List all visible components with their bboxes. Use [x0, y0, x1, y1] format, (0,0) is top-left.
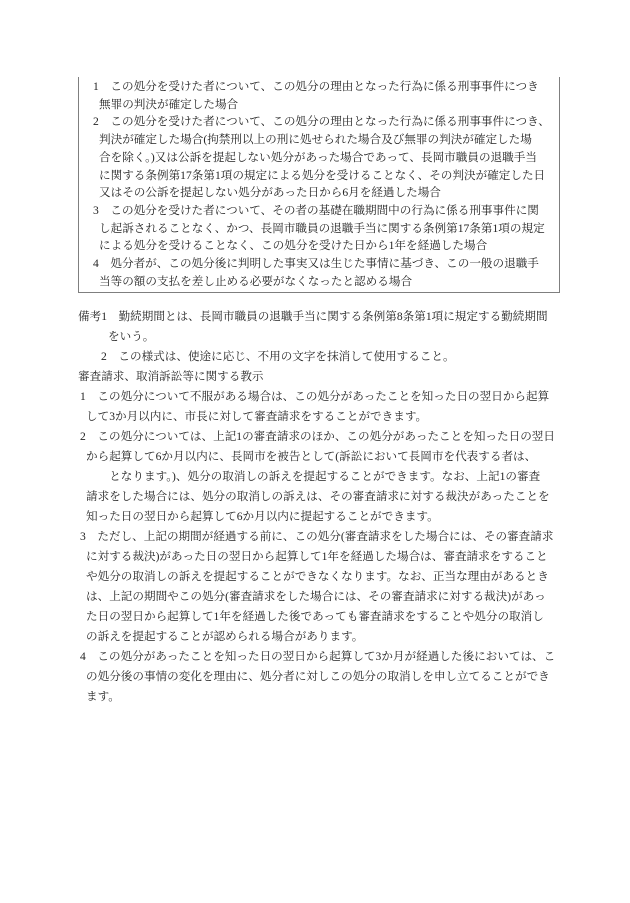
teaching-line: 1 この処分について不服がある場合は、この処分があったことを知った日の翌日から起…	[78, 387, 560, 407]
teaching-line: 2 この処分については、上記1の審査請求のほか、この処分があったことを知った日の…	[78, 427, 560, 447]
teaching-line: ます。	[78, 687, 560, 707]
teaching-line: の処分後の事情の変化を理由に、処分者に対しこの処分の取消しを申し立てることができ	[78, 667, 560, 687]
teaching-section: 審査請求、取消訴訟等に関する教示 1 この処分について不服がある場合は、この処分…	[78, 367, 560, 707]
teaching-line: から起算して6か月以内に、長岡市を被告として(訴訟において長岡市を代表する者は、	[78, 447, 560, 467]
teaching-line: た日の翌日から起算して1年を経過した後であっても審査請求をすることや処分の取消し	[78, 607, 560, 627]
teaching-line: は、上記の期間やこの処分(審査請求をした場合には、その審査請求に対する裁決)があ…	[78, 587, 560, 607]
teaching-line: や処分の取消しの訴えを提起することができなくなります。なお、正当な理由があるとき	[78, 567, 560, 587]
clause-line: 合を除く。)又は公訴を提起しない処分があった場合であって、長岡市職員の退職手当	[79, 149, 553, 167]
remark-line: をいう。	[78, 327, 560, 347]
teaching-heading: 審査請求、取消訴訟等に関する教示	[78, 367, 560, 387]
clause-line: 判決が確定した場合(拘禁刑以上の刑に処せられた場合及び無罪の判決が確定した場	[79, 131, 553, 149]
teaching-line: 4 この処分があったことを知った日の翌日から起算して3か月が経過した後においては…	[78, 647, 560, 667]
document-page: 1 この処分を受けた者について、この処分の理由となった行為に係る刑事事件につき …	[0, 0, 630, 903]
clause-line: 無罪の判決が確定した場合	[79, 96, 553, 114]
clause-line: し起訴されることなく、かつ、長岡市職員の退職手当に関する条例第17条第1項の規定	[79, 220, 553, 238]
teaching-line: 知った日の翌日から起算して6か月以内に提起することができます。	[78, 507, 560, 527]
clause-line: 4 処分者が、この処分後に判明した事実又は生じた事情に基づき、この一般の退職手	[79, 255, 553, 273]
document-content: 1 この処分を受けた者について、この処分の理由となった行為に係る刑事事件につき …	[0, 0, 630, 707]
teaching-line-blank-field: となります。)、処分の取消しの訴えを提起することができます。なお、上記1の審査	[78, 467, 560, 487]
remark-line: 2 この様式は、使途に応じ、不用の文字を抹消して使用すること。	[78, 347, 560, 367]
remarks-section: 備考1 勤続期間とは、長岡市職員の退職手当に関する条例第8条第1項に規定する勤続…	[78, 307, 560, 367]
teaching-line: 3 ただし、上記の期間が経過する前に、この処分(審査請求をした場合には、その審査…	[78, 527, 560, 547]
clause-line: 1 この処分を受けた者について、この処分の理由となった行為に係る刑事事件につき	[79, 78, 553, 96]
conditions-clause-box: 1 この処分を受けた者について、この処分の理由となった行為に係る刑事事件につき …	[78, 77, 560, 293]
teaching-line: の訴えを提起することが認められる場合があります。	[78, 627, 560, 647]
clause-line: 2 この処分を受けた者について、この処分の理由となった行為に係る刑事事件につき、	[79, 113, 553, 131]
clause-line: による処分を受けることなく、この処分を受けた日から1年を経過した場合	[79, 237, 553, 255]
teaching-line: して3か月以内に、市長に対して審査請求をすることができます。	[78, 407, 560, 427]
clause-line: に関する条例第17条第1項の規定による処分を受けることなく、その判決が確定した日	[79, 167, 553, 185]
teaching-line: 請求をした場合には、処分の取消しの訴えは、その審査請求に対する裁決があったことを	[78, 487, 560, 507]
clause-line: 3 この処分を受けた者について、その者の基礎在職期間中の行為に係る刑事事件に関	[79, 202, 553, 220]
clause-line: 当等の額の支払を差し止める必要がなくなったと認める場合	[79, 273, 553, 291]
remark-line: 備考1 勤続期間とは、長岡市職員の退職手当に関する条例第8条第1項に規定する勤続…	[78, 307, 560, 327]
clause-line: 又はその公訴を提起しない処分があった日から6月を経過した場合	[79, 184, 553, 202]
teaching-line: に対する裁決)があった日の翌日から起算して1年を経過した場合は、審査請求をするこ…	[78, 547, 560, 567]
